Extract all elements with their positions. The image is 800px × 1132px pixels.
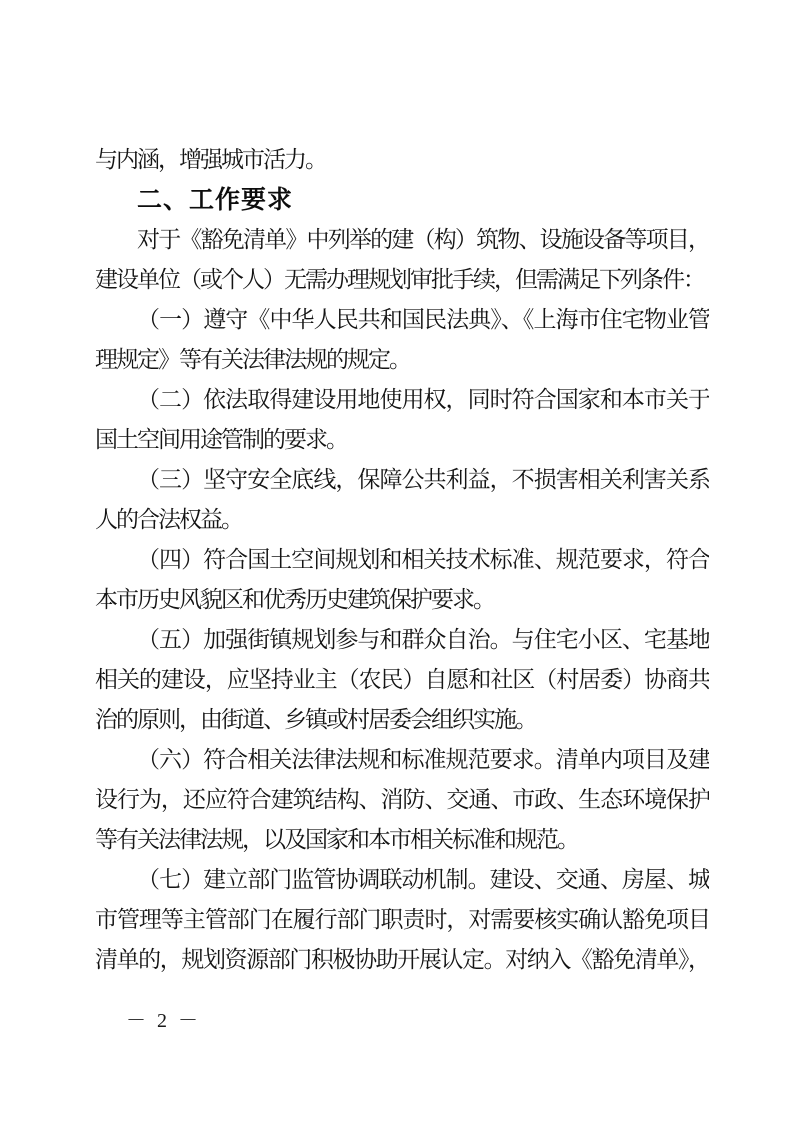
text-line: 相关的建设，应坚持业主（农民）自愿和社区（村居委）协商共 [95,660,709,700]
document-page: 与内涵，增强城市活力。 二、工作要求 对于《豁免清单》中列举的建（构）筑物、设施… [0,0,800,1132]
section-heading: 二、工作要求 [95,180,709,220]
text-line: 治的原则，由街道、乡镇或村居委会组织实施。 [95,700,709,740]
text-line: 对于《豁免清单》中列举的建（构）筑物、设施设备等项目， [95,220,709,260]
text-line: （七）建立部门监管协调联动机制。建设、交通、房屋、城 [95,860,709,900]
text-line: （六）符合相关法律法规和标准规范要求。清单内项目及建 [95,740,709,780]
document-text-block: 与内涵，增强城市活力。 二、工作要求 对于《豁免清单》中列举的建（构）筑物、设施… [95,140,709,980]
text-line: （三）坚守安全底线，保障公共利益，不损害相关利害关系 [95,460,709,500]
text-line: （四）符合国土空间规划和相关技术标准、规范要求，符合 [95,540,709,580]
page-number: － 2 － [126,1004,201,1033]
text-line: 市管理等主管部门在履行部门职责时，对需要核实确认豁免项目 [95,900,709,940]
text-line: （二）依法取得建设用地使用权，同时符合国家和本市关于 [95,380,709,420]
text-line: 建设单位（或个人）无需办理规划审批手续，但需满足下列条件： [95,260,709,300]
text-line: 清单的，规划资源部门积极协助开展认定。对纳入《豁免清单》， [95,940,709,980]
text-line: 理规定》等有关法律法规的规定。 [95,340,709,380]
text-line: 本市历史风貌区和优秀历史建筑保护要求。 [95,580,709,620]
text-line: 国土空间用途管制的要求。 [95,420,709,460]
text-line: 与内涵，增强城市活力。 [95,140,709,180]
text-line: （一）遵守《中华人民共和国民法典》、《上海市住宅物业管 [95,300,709,340]
text-line: 人的合法权益。 [95,500,709,540]
text-line: （五）加强街镇规划参与和群众自治。与住宅小区、宅基地 [95,620,709,660]
text-line: 等有关法律法规，以及国家和本市相关标准和规范。 [95,820,709,860]
text-line: 设行为，还应符合建筑结构、消防、交通、市政、生态环境保护 [95,780,709,820]
